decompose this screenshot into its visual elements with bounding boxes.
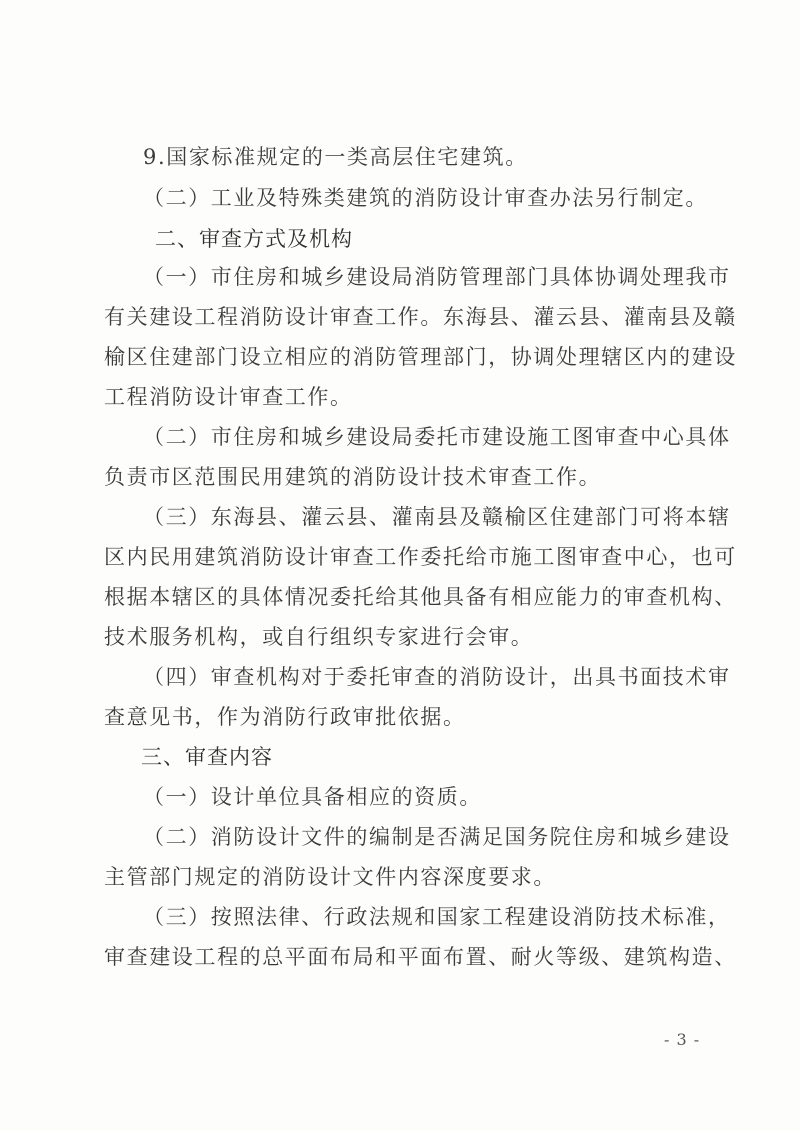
paragraph-line: 技术服务机构，或自行组织专家进行会审。	[104, 622, 533, 652]
paragraph-line: 工程消防设计审查工作。	[104, 382, 353, 412]
document-page: 9.国家标准规定的一类高层住宅建筑。 （二）工业及特殊类建筑的消防设计审查办法另…	[0, 0, 800, 1131]
paragraph-line: 根据本辖区的具体情况委托给其他具备有相应能力的审查机构、	[104, 582, 737, 612]
paragraph-industrial-buildings: （二）工业及特殊类建筑的消防设计审查办法另行制定。	[143, 183, 708, 213]
paragraph-line: （四）审查机构对于委托审查的消防设计，出具书面技术审	[143, 662, 731, 692]
section-heading-review-content: 三、审查内容	[141, 742, 273, 772]
paragraph-line: 审查建设工程的总平面布局和平面布置、耐火等级、建筑构造、	[104, 942, 737, 972]
paragraph-line: （二）市住房和城乡建设局委托市建设施工图审查中心具体	[143, 422, 731, 452]
paragraph-line: 有关建设工程消防设计审查工作。东海县、灌云县、灌南县及赣	[104, 302, 737, 332]
paragraph-line: （二）消防设计文件的编制是否满足国务院住房和城乡建设	[143, 822, 731, 852]
paragraph-line: （一）设计单位具备相应的资质。	[143, 782, 482, 812]
list-item-9: 9.国家标准规定的一类高层住宅建筑。	[143, 142, 528, 172]
paragraph-line: 区内民用建筑消防设计审查工作委托给市施工图审查中心，也可	[104, 542, 737, 572]
paragraph-line: 查意见书，作为消防行政审批依据。	[104, 702, 466, 732]
paragraph-line: （一）市住房和城乡建设局消防管理部门具体协调处理我市	[143, 262, 731, 292]
section-heading-review-method: 二、审查方式及机构	[155, 224, 353, 254]
paragraph-line: （三）按照法律、行政法规和国家工程建设消防技术标准，	[143, 902, 731, 932]
paragraph-line: 榆区住建部门设立相应的消防管理部门，协调处理辖区内的建设	[104, 342, 737, 372]
paragraph-line: 负责市区范围民用建筑的消防设计技术审查工作。	[104, 462, 601, 492]
paragraph-line: 主管部门规定的消防设计文件内容深度要求。	[104, 862, 556, 892]
page-number: - 3 -	[664, 1030, 700, 1049]
paragraph-line: （三）东海县、灌云县、灌南县及赣榆区住建部门可将本辖	[143, 502, 731, 532]
